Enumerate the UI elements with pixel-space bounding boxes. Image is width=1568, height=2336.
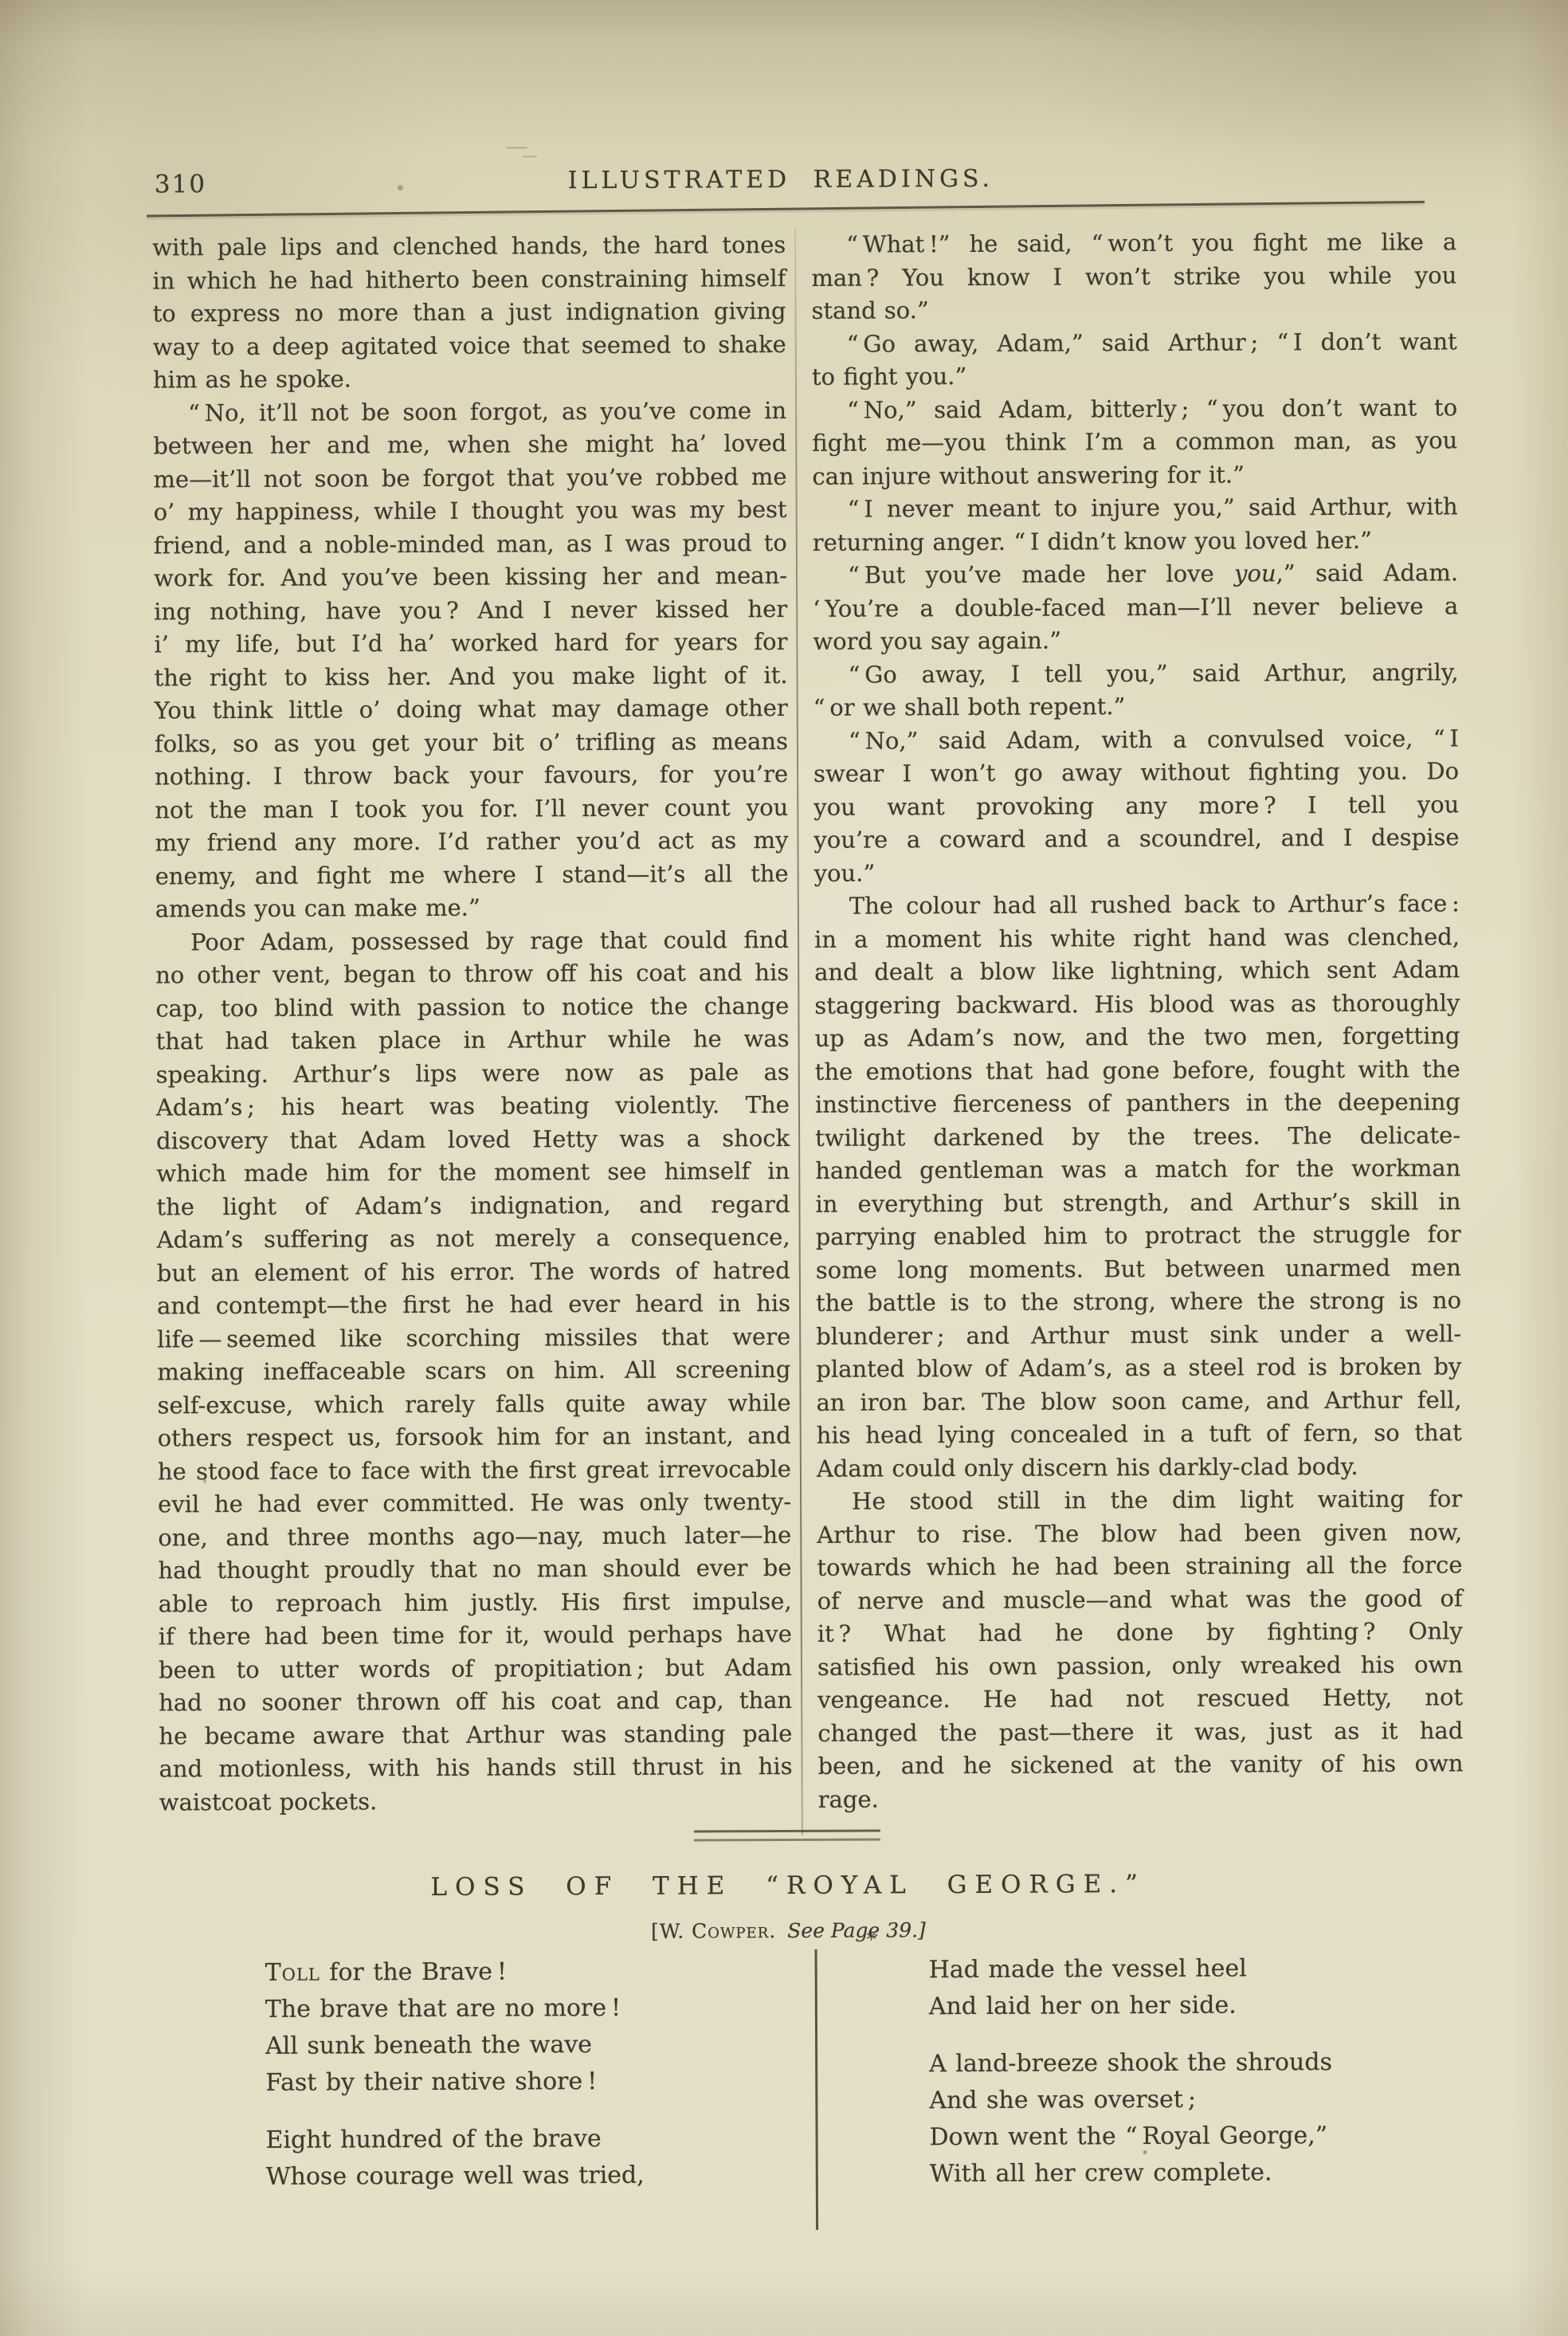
text-line: nothing. I throw back your favours, for … xyxy=(155,758,788,794)
text-line: “ What !” he said, “ won’t you fight me … xyxy=(811,226,1456,261)
text-line: Adam’s ; his heart was beating violently… xyxy=(156,1089,790,1125)
text-line: between her and me, when she might ha’ l… xyxy=(153,427,786,463)
text-line: Adam’s suffering as not merely a consequ… xyxy=(157,1221,790,1257)
page-content: 310 ILLUSTRATED READINGS. with pale lips… xyxy=(0,0,1568,2336)
text-line: the emotions that had gone before, fough… xyxy=(815,1053,1460,1089)
text-line: others respect us, forsook him for an in… xyxy=(158,1419,791,1455)
stanza: Had made the vessel heelAnd laid her on … xyxy=(929,1949,1447,2025)
paragraph: “ But you’ve made her love you,” said Ad… xyxy=(813,556,1459,658)
text-line: of nerve and muscle—and what was the goo… xyxy=(817,1582,1463,1618)
text-line: which made him for the moment see himsel… xyxy=(156,1155,790,1191)
text-line: instinctive fierceness of panthers in th… xyxy=(815,1086,1460,1121)
text-line: satisfied his own passion, only wreaked … xyxy=(817,1648,1463,1684)
text-line: parrying enabled him to protract the str… xyxy=(816,1218,1461,1254)
poem-line: All sunk beneath the wave xyxy=(265,2026,775,2065)
text-line: “ No,” said Adam, with a convulsed voice… xyxy=(813,722,1459,758)
poem-line: Whose courage well was tried, xyxy=(266,2157,776,2196)
text-line: an iron bar. The blow soon came, and Art… xyxy=(816,1384,1461,1419)
text-line: fight me—you think I’m a common man, as … xyxy=(812,424,1457,460)
text-line: “ No,” said Adam, bitterly ; “ you don’t… xyxy=(812,391,1457,427)
text-line: returning anger. “ I didn’t know you lov… xyxy=(813,524,1458,559)
text-line: in which he had hitherto been constraini… xyxy=(152,261,786,297)
poem-line: Eight hundred of the brave xyxy=(265,2120,775,2159)
text-line: the right to kiss her. And you make ligh… xyxy=(154,658,787,694)
text-line: been, and he sickened at the vanity of h… xyxy=(817,1747,1463,1783)
ink-speck xyxy=(398,185,403,190)
poem-column-divider-rule xyxy=(815,1949,819,2230)
paragraph: “ No, it’ll not be soon forgot, as you’v… xyxy=(153,394,789,925)
paragraph: “ Go away, I tell you,” said Arthur, ang… xyxy=(813,656,1458,725)
text-line: able to reproach him justly. His first i… xyxy=(159,1584,792,1620)
text-line: you.” xyxy=(814,854,1460,890)
text-line: his head lying concealed in a tuft of fe… xyxy=(817,1416,1462,1452)
scan-scratch xyxy=(507,147,527,148)
text-line: blunderer ; and Arthur must sink under a… xyxy=(816,1317,1461,1353)
text-line: but an element of his error. The words o… xyxy=(157,1254,790,1290)
paragraph: “ Go away, Adam,” said Arthur ; “ I don’… xyxy=(812,325,1457,395)
text-line: o’ my happiness, while I thought you was… xyxy=(154,493,787,529)
text-line: had no sooner thrown off his coat and ca… xyxy=(159,1684,792,1720)
text-line: if there had been time for it, would per… xyxy=(159,1618,792,1654)
text-line: twilight darkened by the trees. The deli… xyxy=(815,1119,1460,1155)
text-line: my friend any more. I’d rather you’d act… xyxy=(155,824,788,860)
text-line: some long moments. But between unarmed m… xyxy=(816,1251,1461,1287)
text-line: no other vent, began to throw off his co… xyxy=(155,956,789,992)
paragraph: “ No,” said Adam, bitterly ; “ you don’t… xyxy=(812,391,1458,493)
stanza: A land-breeze shook the shroudsAnd she w… xyxy=(929,2044,1448,2193)
ink-speck xyxy=(1143,2150,1147,2154)
paragraph: Poor Adam, possessed by rage that could … xyxy=(155,923,793,1819)
text-line: towards which he had been straining all … xyxy=(817,1549,1462,1584)
poem-author: [W. Cowper. xyxy=(651,1919,776,1943)
text-line: and dealt a blow like lightning, which s… xyxy=(814,953,1460,989)
text-line: with pale lips and clenched hands, the h… xyxy=(152,229,786,265)
text-line: “ or we shall both repent.” xyxy=(813,689,1459,724)
stanza: Eight hundred of the braveWhose courage … xyxy=(265,2120,775,2196)
ink-speck xyxy=(203,1478,206,1483)
text-line: to fight you.” xyxy=(812,358,1457,394)
text-line: word you say again.” xyxy=(813,622,1458,658)
text-line: stand so.” xyxy=(811,292,1456,328)
paragraph: “ I never meant to injure you,” said Art… xyxy=(813,490,1458,559)
header-rule xyxy=(147,201,1425,218)
text-line: waistcoat pockets. xyxy=(159,1783,793,1819)
text-line: friend, and a noble-minded man, as I was… xyxy=(154,526,787,562)
text-line: rage. xyxy=(818,1780,1464,1816)
text-line: evil he had ever committed. He was only … xyxy=(158,1486,791,1521)
paragraph: “ No,” said Adam, with a convulsed voice… xyxy=(813,722,1460,890)
right-column: “ What !” he said, “ won’t you fight me … xyxy=(811,226,1464,1816)
poem-page-reference: See Page 39.] xyxy=(787,1918,926,1942)
text-line: amends you can make me.” xyxy=(155,890,789,926)
text-line: in everything but strength, and Arthur’s… xyxy=(815,1185,1460,1221)
paragraph: “ What !” he said, “ won’t you fight me … xyxy=(811,226,1457,328)
left-column: with pale lips and clenched hands, the h… xyxy=(152,229,793,1819)
text-line: me—it’ll not soon be forgot that you’ve … xyxy=(153,460,786,496)
text-line: and contempt—the first he had ever heard… xyxy=(157,1287,790,1323)
section-divider-rule xyxy=(694,1829,880,1841)
poem-left-column: Toll for the Brave !The brave that are n… xyxy=(265,1953,776,2216)
scanned-book-page: 310 ILLUSTRATED READINGS. with pale lips… xyxy=(0,0,1568,2336)
text-line: “ But you’ve made her love you,” said Ad… xyxy=(813,556,1458,592)
text-line: ‘ You’re a double-faced man—I’ll never b… xyxy=(813,590,1458,626)
text-line: it ? What had he done by fighting ? Only xyxy=(817,1615,1463,1651)
text-line: “ No, it’ll not be soon forgot, as you’v… xyxy=(153,394,786,430)
text-line: staggering backward. His blood was as th… xyxy=(814,987,1460,1023)
text-line: “ Go away, I tell you,” said Arthur, ang… xyxy=(813,656,1458,692)
text-line: not the man I took you for. I’ll never c… xyxy=(155,791,788,826)
text-line: handed gentleman was a match for the wor… xyxy=(815,1152,1460,1188)
text-line: way to a deep agitated voice that seemed… xyxy=(153,328,786,363)
text-line: ing nothing, have you ? And I never kiss… xyxy=(154,592,787,628)
text-line: he became aware that Arthur was standing… xyxy=(159,1717,792,1753)
text-line: had thought proudly that no man should e… xyxy=(158,1552,791,1588)
text-line: i’ my life, but I’d ha’ worked hard for … xyxy=(154,626,787,662)
text-line: discovery that Adam loved Hetty was a sh… xyxy=(156,1121,790,1157)
poem-line: A land-breeze shook the shrouds xyxy=(929,2044,1447,2083)
text-line: to express no more than a just indignati… xyxy=(153,295,786,331)
printer-ornament-mark: * xyxy=(866,1929,876,1951)
paragraph: The colour had all rushed back to Arthur… xyxy=(814,887,1462,1486)
poem-line: And she was overset ; xyxy=(929,2080,1447,2119)
text-line: swear I won’t go away without fighting y… xyxy=(813,755,1459,791)
paragraph: with pale lips and clenched hands, the h… xyxy=(152,229,786,397)
text-line: the light of Adam’s indignation, and reg… xyxy=(156,1188,790,1223)
text-line: changed the past—there it was, just as i… xyxy=(817,1714,1463,1750)
text-line: him as he spoke. xyxy=(153,361,786,397)
poem-line: And laid her on her side. xyxy=(929,1986,1447,2025)
poem-line: Had made the vessel heel xyxy=(929,1949,1447,1989)
text-line: He stood still in the dim light waiting … xyxy=(817,1482,1462,1518)
text-line: The colour had all rushed back to Arthur… xyxy=(814,887,1460,923)
stanza: Toll for the Brave !The brave that are n… xyxy=(265,1953,776,2102)
text-line: making ineffaceable scars on him. All sc… xyxy=(157,1353,790,1389)
poem-line: The brave that are no more ! xyxy=(265,1989,775,2028)
column-divider-rule xyxy=(794,229,803,1835)
text-line: the battle is to the strong, where the s… xyxy=(816,1284,1461,1320)
text-line: you want provoking any more ? I tell you xyxy=(813,788,1459,824)
poem-attribution: [W. Cowper.See Page 39.] xyxy=(4,1916,1568,1946)
text-line: cap, too blind with passion to notice th… xyxy=(155,989,789,1025)
text-line: vengeance. He had not rescued Hetty, not xyxy=(817,1681,1463,1717)
text-line: and motionless, with his hands still thr… xyxy=(159,1750,792,1786)
text-line: been to utter words of propitiation ; bu… xyxy=(159,1651,792,1686)
poem-title: LOSS OF THE “ROYAL GEORGE.” xyxy=(4,1868,1568,1904)
poem-line: Fast by their native shore ! xyxy=(265,2063,775,2102)
text-line: speaking. Arthur’s lips were now as pale… xyxy=(156,1055,790,1091)
text-line: “ Go away, Adam,” said Arthur ; “ I don’… xyxy=(812,325,1457,361)
text-line: that had taken place in Arthur while he … xyxy=(155,1023,789,1058)
text-line: one, and three months ago—nay, much late… xyxy=(158,1518,791,1554)
text-line: planted blow of Adam’s, as a steel rod i… xyxy=(816,1350,1461,1386)
paragraph: He stood still in the dim light waiting … xyxy=(817,1482,1464,1816)
scan-scratch xyxy=(523,155,537,157)
text-line: enemy, and fight me where I stand—it’s a… xyxy=(155,857,789,893)
text-line: work for. And you’ve been kissing her an… xyxy=(154,559,787,595)
text-line: folks, so as you get your bit o’ triflin… xyxy=(155,724,788,760)
text-line: he stood face to face with the first gre… xyxy=(158,1452,791,1488)
text-line: self-excuse, which rarely falls quite aw… xyxy=(157,1386,790,1422)
poem-line: Toll for the Brave ! xyxy=(265,1953,775,1992)
text-line: life — seemed like scorching missiles th… xyxy=(157,1320,790,1356)
text-line: Poor Adam, possessed by rage that could … xyxy=(155,923,789,959)
poem-line: With all her crew complete. xyxy=(930,2153,1448,2193)
text-line: you’re a coward and a scoundrel, and I d… xyxy=(813,821,1459,857)
text-line: up as Adam’s now, and the two men, forge… xyxy=(814,1019,1460,1055)
text-line: “ I never meant to injure you,” said Art… xyxy=(813,490,1458,526)
running-header-title: ILLUSTRATED READINGS. xyxy=(0,163,1565,198)
poem-line: Down went the “ Royal George,” xyxy=(929,2117,1447,2156)
text-line: Arthur to rise. The blow had been given … xyxy=(817,1516,1462,1552)
text-line: in a moment his white right hand was cle… xyxy=(814,921,1460,956)
text-line: Adam could only discern his darkly-clad … xyxy=(817,1450,1462,1486)
text-line: You think little o’ doing what may damag… xyxy=(155,692,788,728)
text-line: can injure without answering for it.” xyxy=(812,457,1457,493)
text-line: man ? You know I won’t strike you while … xyxy=(811,259,1456,295)
poem-right-column: Had made the vessel heelAnd laid her on … xyxy=(929,1949,1448,2213)
